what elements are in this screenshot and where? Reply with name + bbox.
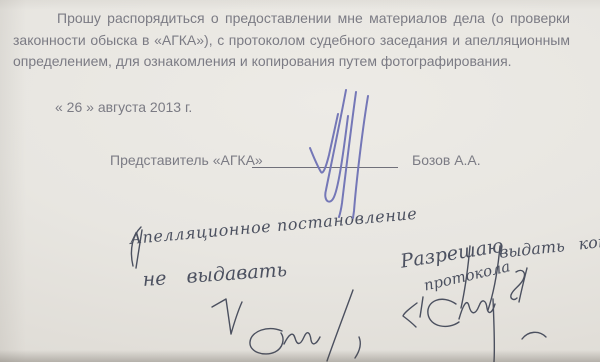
right-note-flourish xyxy=(461,246,527,310)
left-note-signature-scribble xyxy=(250,290,360,361)
left-note-flourish xyxy=(131,227,142,268)
representative-signature-scribble xyxy=(310,90,368,218)
right-note-checkmark xyxy=(403,297,423,327)
photographed-document: Прошу распорядиться о предоставлении мне… xyxy=(0,0,600,362)
left-note-checkmark xyxy=(212,299,242,334)
right-note-signature-scribble xyxy=(428,299,546,362)
handwriting-layer xyxy=(0,0,600,362)
